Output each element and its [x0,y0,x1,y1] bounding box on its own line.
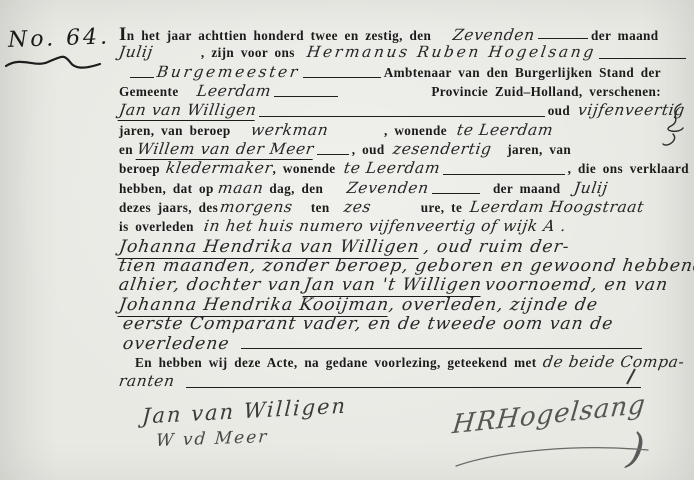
printed-form-text: , wonende [384,123,447,139]
fill-rule [538,38,588,39]
signature-underline-swash-icon [452,436,652,472]
printed-form-text: , die ons verklaard [568,161,689,177]
deed-line: Johanna Hendrika Kooijman, overleden, zi… [119,295,689,314]
handwritten-entry: overledene [122,334,231,354]
handwritten-entry: Leerdam [195,82,272,100]
handwritten-entry: de beide Compa- [541,353,685,371]
deed-line: In het jaar achttien honderd twee en zes… [119,24,689,43]
handwritten-entry: voornoemd, en van [484,275,670,295]
printed-form-text: Provincie Zuid–Holland, verschenen: [431,84,661,100]
handwritten-entry: Zevenden [346,179,430,197]
handwritten-entry: , overleden, zijnde de [388,295,600,315]
flourish-icon [4,52,104,76]
printed-form-text: , wonende [273,161,336,177]
deed-line: En hebben wij deze Acte, na gedane voorl… [119,353,689,372]
printed-form-text: en [119,142,133,158]
printed-form-text: , oud [352,142,385,158]
printed-form-text: jaren, van [507,142,571,158]
deed-line: Jan van Willigenoudvijfenveertig [119,101,689,120]
deed-body: In het jaar achttien honderd twee en zes… [119,24,689,392]
handwritten-entry: Julij [118,43,154,61]
handwritten-entry: ranten [118,372,176,390]
fill-rule [274,96,338,97]
deed-line: eerste Comparant vader, en de tweede oom… [119,314,689,333]
handwritten-entry: tien maanden, zonder beroep, geboren en … [118,256,694,276]
handwritten-entry: alhier, dochter van [118,275,303,295]
printed-form-text: oud [548,103,570,119]
fill-rule [599,58,686,59]
handwritten-entry: Leerdam Hoogstraat [469,198,646,216]
deed-line: enWillem van der Meer, oudzesendertigjar… [119,140,689,159]
fill-rule [432,193,480,194]
deed-line: BurgemeesterAmbtenaar van den Burgerlijk… [119,63,689,82]
fill-rule [317,154,349,155]
deed-line: hebben, dat opmaandag, denZevendender ma… [119,179,689,198]
printed-form-text: ten [311,200,330,216]
printed-form-text: En hebben wij deze Acte, na gedane voorl… [135,355,537,371]
deed-line: ranten [119,372,689,391]
printed-form-text: ure, te [421,200,462,216]
handwritten-entry: werkman [249,121,329,139]
printed-form-text: der maand [493,181,561,197]
deed-line: tien maanden, zonder beroep, geboren en … [119,256,689,275]
handwritten-entry: Hermanus Ruben Hogelsang [306,43,597,61]
handwritten-entry: zesendertig [391,140,492,158]
deed-line: dezes jaars, desmorgenstenzesure, teLeer… [119,198,689,217]
deed-line: Johanna Hendrika van Willigen, oud ruim … [119,237,689,256]
signature-comparant2: W vd Meer [155,427,269,451]
deed-line: overledene [119,334,689,353]
deed-line: is overledenin het huis numero vijfenvee… [119,217,689,236]
handwritten-entry: Burgemeester [156,63,301,81]
handwritten-entry: kledermaker [165,159,274,177]
handwritten-entry: te Leerdam [456,121,555,139]
deed-line: jaren, van beroepwerkman, wonendete Leer… [119,121,689,140]
death-certificate-page: No. 64. In het jaar achttien honderd twe… [0,0,694,480]
deed-line: alhier, dochter vanJan van 't Willigenvo… [119,275,689,294]
fill-rule [303,77,381,78]
act-number: No. 64. [8,24,119,53]
fill-rule [241,348,642,349]
printed-form-text: beroep [119,161,160,177]
handwritten-entry-underlined: Jan van Willigen [118,101,258,121]
pen-squiggle-icon [653,100,691,152]
handwritten-entry: Zevenden [452,26,536,44]
fill-rule [130,77,154,78]
printed-form-text: , zijn voor ons [201,45,295,61]
printed-form-text: hebben, dat op [119,181,214,197]
fill-rule [186,387,641,388]
printed-form-text: dezes jaars, des [119,200,218,216]
handwritten-entry: , oud ruim der- [422,237,570,257]
printed-form-text: dag, den [269,181,323,197]
handwritten-entry: zes [342,198,372,216]
printed-form-text: jaren, van beroep [119,123,231,139]
handwritten-entry: maan [217,179,265,197]
signature-registrar: HRHogelsang [451,390,647,441]
printed-form-text: is overleden [119,219,194,235]
printed-form-text: der maand [591,28,659,44]
handwritten-entry: Julij [573,179,609,197]
printed-form-text: Gemeente [119,84,179,100]
deed-line: Julij, zijn voor onsHermanus Ruben Hogel… [119,43,689,62]
deed-line: beroepkledermaker, wonendete Leerdam, di… [119,159,689,178]
handwritten-entry: morgens [219,198,294,216]
handwritten-entry-underlined: Willem van der Meer [136,140,316,160]
handwritten-entry: in het huis numero vijfenveertig of wijk… [203,217,568,235]
fill-rule [443,174,565,175]
deed-line: GemeenteLeerdamProvincie Zuid–Holland, v… [119,82,689,101]
printed-form-text: Ambtenaar van den Burgerlijken Stand der [384,65,661,81]
handwritten-entry: te Leerdam [342,159,441,177]
fill-rule [259,116,544,117]
handwritten-entry: eerste Comparant vader, en de tweede oom… [122,314,615,334]
signature-comparant1: Jan van Willigen [142,394,348,429]
